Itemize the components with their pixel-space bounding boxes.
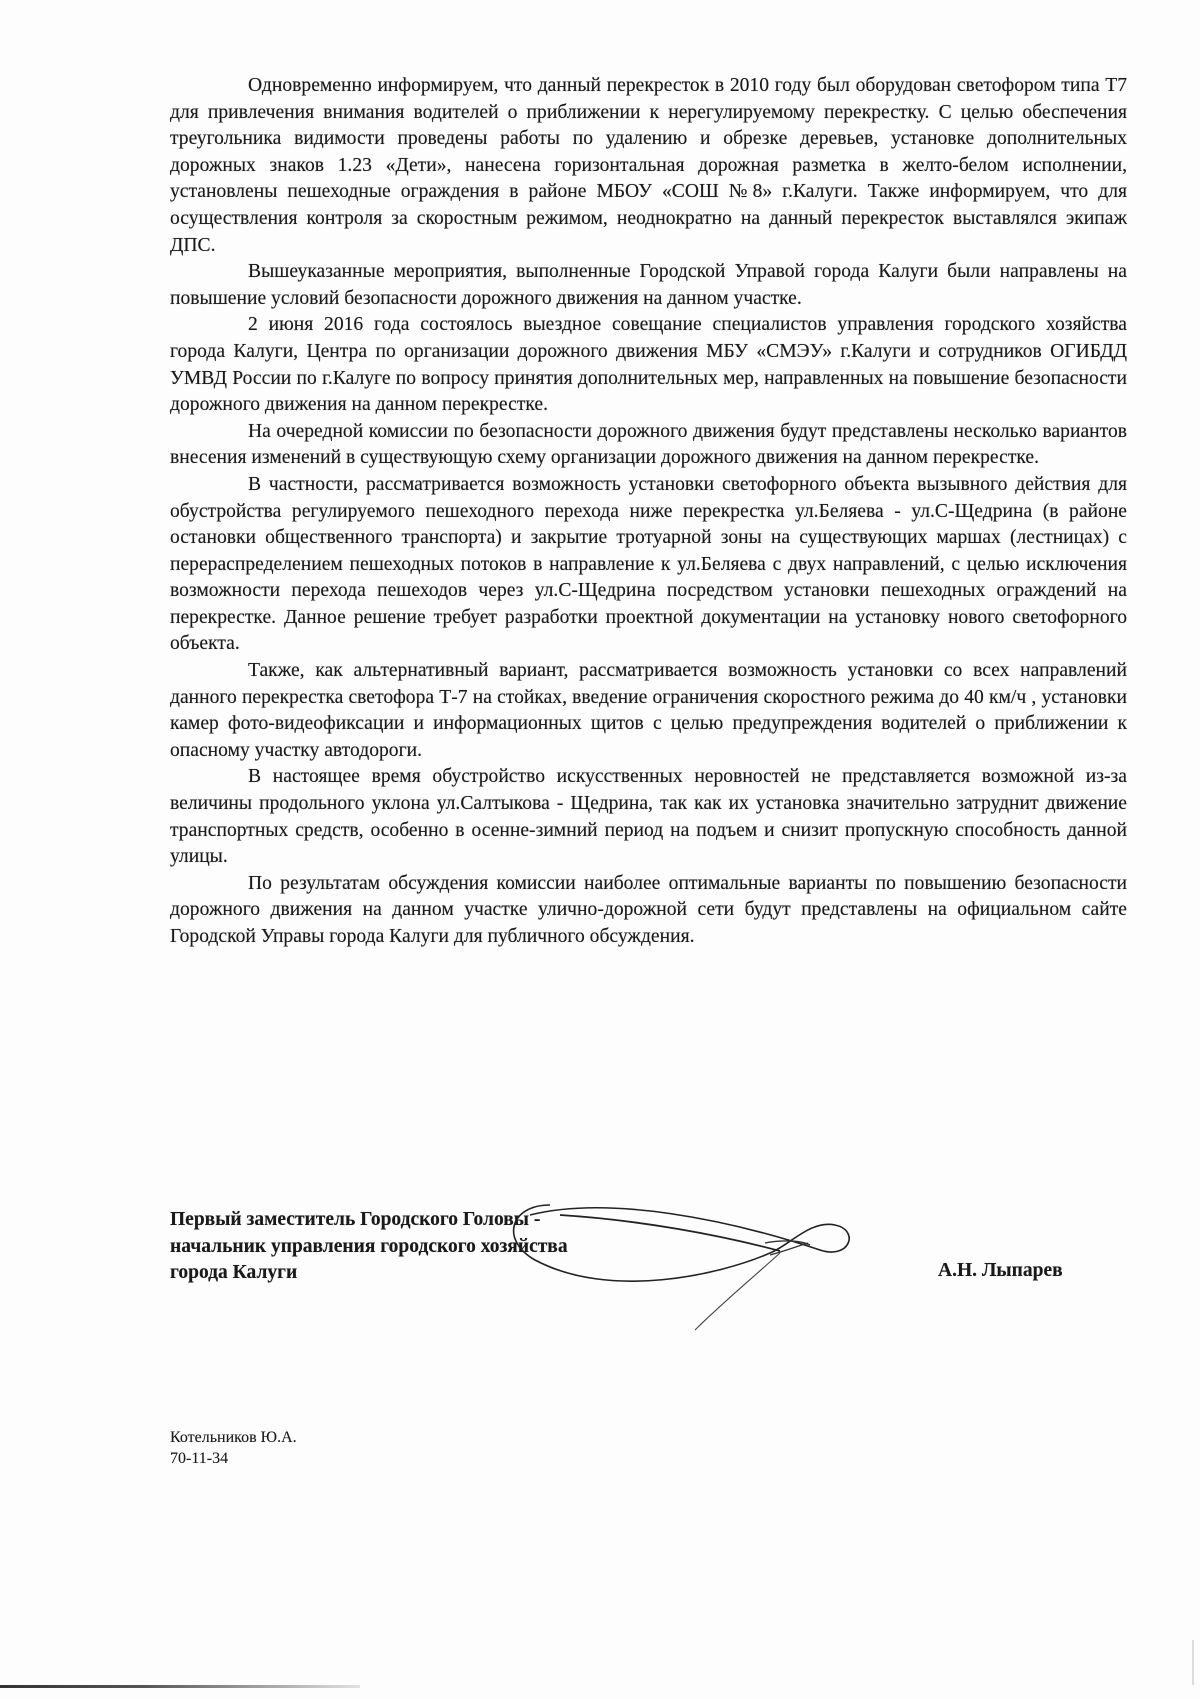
paragraph: Также, как альтернативный вариант, рассм…	[170, 658, 1127, 764]
paragraph: Вышеуказанные мероприятия, выполненные Г…	[170, 259, 1127, 312]
executor-name: Котельников Ю.А.	[170, 1427, 297, 1448]
scan-edge-line	[0, 1685, 360, 1688]
paragraph: В настоящее время обустройство искусстве…	[170, 764, 1127, 870]
signature-block: Первый заместитель Городского Головы - н…	[170, 1207, 1130, 1287]
executor-phone: 70-11-34	[170, 1448, 297, 1469]
document-page: Одновременно информируем, что данный пер…	[0, 0, 1200, 1699]
paragraph: Одновременно информируем, что данный пер…	[170, 73, 1127, 259]
signatory-name: А.Н. Лыпарев	[938, 1260, 1063, 1282]
scan-edge-mark	[1192, 1640, 1194, 1685]
executor-info: Котельников Ю.А. 70-11-34	[170, 1427, 297, 1469]
letter-body: Одновременно информируем, что данный пер…	[170, 73, 1127, 951]
paragraph: В частности, рассматривается возможность…	[170, 472, 1127, 658]
paragraph: По результатам обсуждения комиссии наибо…	[170, 871, 1127, 951]
paragraph: На очередной комиссии по безопасности до…	[170, 419, 1127, 472]
paragraph: 2 июня 2016 года состоялось выездное сов…	[170, 312, 1127, 418]
